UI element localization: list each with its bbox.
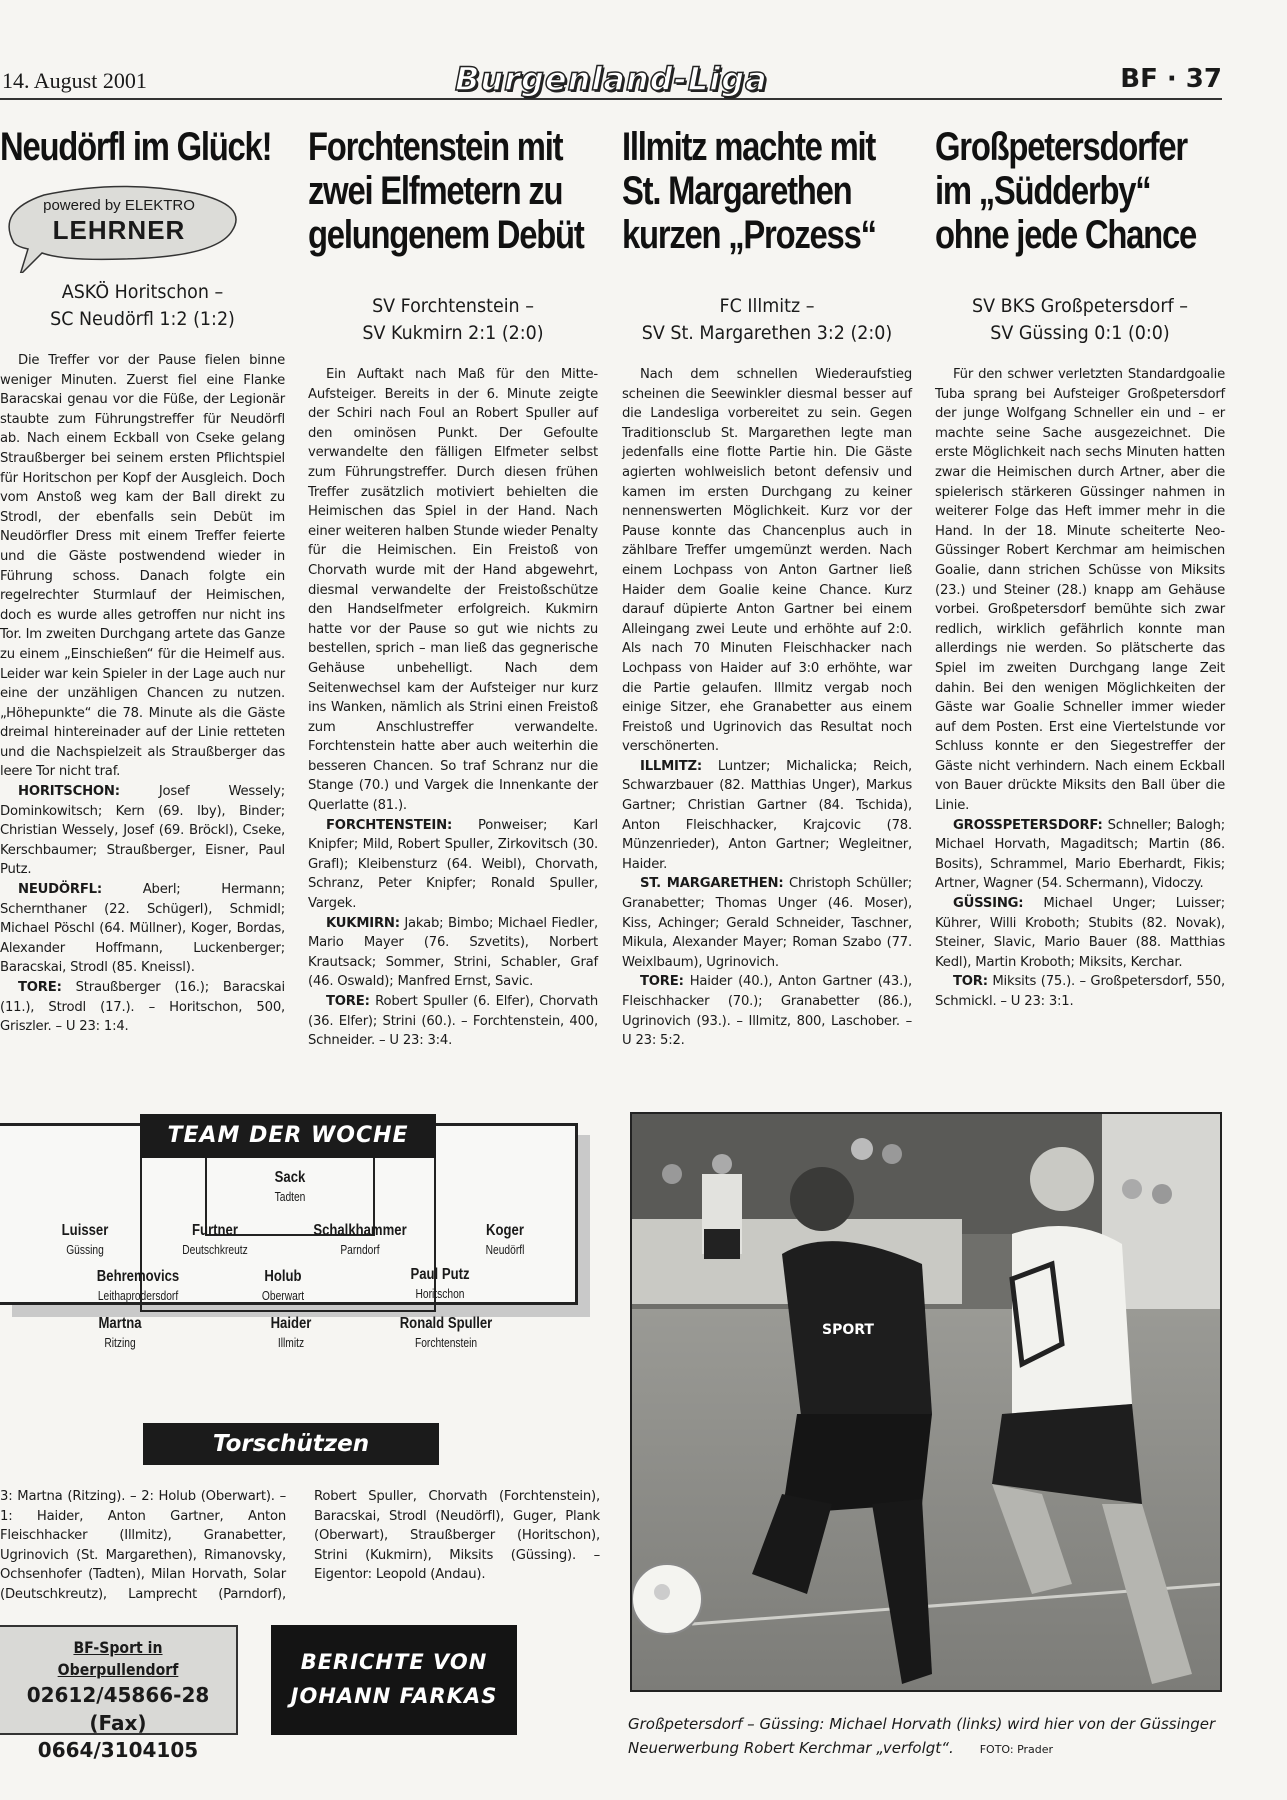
article-headline: Forchtenstein mit zwei Elfmetern zu gelu… <box>308 125 598 257</box>
lineup-home: GROSSPETERSDORF: Schneller; Balogh; Mich… <box>935 816 1225 894</box>
goals-line: TORE: Straußberger (16.); Baracskai (11.… <box>0 978 285 1037</box>
article-body: Nach dem schnellen Wiederaufstieg schein… <box>622 365 912 1051</box>
article-body: Für den schwer verletzten Standardgoalie… <box>935 365 1225 1012</box>
page-number: BF · 37 <box>1120 64 1222 94</box>
match-result: SV BKS Großpetersdorf – SV Güssing 0:1 (… <box>947 293 1214 347</box>
goals-line: TORE: Robert Spuller (6. Elfer), Chorvat… <box>308 992 598 1051</box>
svg-text:SPORT: SPORT <box>822 1322 874 1338</box>
article-body: Die Treffer vor der Pause fielen binne w… <box>0 351 285 1037</box>
player-forward: Haider Illmitz <box>266 1314 316 1352</box>
team-of-week-title: TEAM DER WOCHE <box>140 1114 436 1158</box>
article-grosspetersdorf: Großpetersdorfer im „Südderby“ ohne jede… <box>935 125 1225 1012</box>
lineup-home: ILLMITZ: Luntzer; Michalicka; Reich, Sch… <box>622 757 912 875</box>
article-headline: Neudörfl im Glück! <box>0 125 285 169</box>
article-illmitz: Illmitz machte mit St. Margarethen kurze… <box>622 125 912 1051</box>
article-headline: Illmitz machte mit St. Margarethen kurze… <box>622 125 912 257</box>
author-byline: BERICHTE VON JOHANN FARKAS <box>271 1625 517 1735</box>
lineup-home: FORCHTENSTEIN: Ponweiser; Karl Knipfer; … <box>308 816 598 914</box>
article-body: Ein Auftakt nach Maß für den Mitte-Aufst… <box>308 365 598 1051</box>
sponsor-line1: powered by ELEKTRO <box>4 197 234 214</box>
player-midfielder: Holub Oberwart <box>257 1267 308 1305</box>
player-goalkeeper: Sack Tadten <box>271 1168 309 1206</box>
article-paragraph: Nach dem schnellen Wiederaufstieg schein… <box>622 365 912 757</box>
player-forward: Martna Ritzing <box>94 1314 146 1352</box>
lineup-away: ST. MARGARETHEN: Christoph Schüller; Gra… <box>622 874 912 972</box>
player-midfielder: Paul Putz Horitschon <box>404 1265 476 1303</box>
article-neudoerfl: Neudörfl im Glück! powered by ELEKTRO LE… <box>0 125 285 1037</box>
player-defender: Koger Neudörfl <box>481 1221 528 1259</box>
section-title: Burgenland-Liga <box>455 60 768 98</box>
article-paragraph: Ein Auftakt nach Maß für den Mitte-Aufst… <box>308 365 598 816</box>
player-defender: Furtner Deutschkreutz <box>175 1221 255 1259</box>
team-of-the-week: TEAM DER WOCHE Sack Tadten Luisser Güssi… <box>0 1123 578 1305</box>
issue-date: 14. August 2001 <box>2 68 147 94</box>
sponsor-line2: LEHRNER <box>4 215 234 246</box>
top-scorers-list: 3: Martna (Ritzing). – 2: Holub (Oberwar… <box>0 1487 600 1637</box>
player-forward: Ronald Spuller Forchtenstein <box>390 1314 503 1352</box>
match-result: ASKÖ Horitschon – SC Neudörfl 1:2 (1:2) <box>11 279 273 333</box>
article-forchtenstein: Forchtenstein mit zwei Elfmetern zu gelu… <box>308 125 598 1051</box>
goals-line: TOR: Miksits (75.). – Großpetersdorf, 55… <box>935 972 1225 1011</box>
lineup-away: KUKMIRN: Jakab; Bimbo; Michael Fiedler, … <box>308 914 598 992</box>
article-paragraph: Für den schwer verletzten Standardgoalie… <box>935 365 1225 816</box>
contact-box: BF-Sport in Oberpullendorf 02612/45866-2… <box>0 1625 238 1735</box>
lineup-away: NEUDÖRFL: Aberl; Hermann; Schernthaner (… <box>0 880 285 978</box>
contact-title: BF-Sport in Oberpullendorf <box>14 1637 222 1681</box>
photo-caption: Großpetersdorf – Güssing: Michael Horvat… <box>628 1712 1228 1762</box>
sponsor-bubble: powered by ELEKTRO LEHRNER <box>4 183 269 271</box>
player-defender: Luisser Güssing <box>57 1221 114 1259</box>
lineup-away: GÜSSING: Michael Unger; Luisser; Kührer,… <box>935 894 1225 972</box>
match-result: SV Forchtenstein – SV Kukmirn 2:1 (2:0) <box>320 293 587 347</box>
match-photo: SPORT <box>630 1112 1222 1692</box>
article-paragraph: Die Treffer vor der Pause fielen binne w… <box>0 351 285 782</box>
article-headline: Großpetersdorfer im „Südderby“ ohne jede… <box>935 125 1225 257</box>
contact-fax: 02612/45866-28 (Fax) <box>0 1681 236 1737</box>
match-result: FC Illmitz – SV St. Margarethen 3:2 (2:0… <box>634 293 901 347</box>
lineup-home: HORITSCHON: Josef Wessely; Dominkowitsch… <box>0 782 285 880</box>
top-scorers-title: Torschützen <box>143 1423 439 1465</box>
player-defender: Schalkhammer Parndorf <box>303 1221 417 1259</box>
goals-line: TORE: Haider (40.), Anton Gartner (43.),… <box>622 972 912 1050</box>
contact-phone: 0664/3104105 <box>0 1737 236 1763</box>
player-midfielder: Behremovics Leithaprodersdorf <box>88 1267 189 1305</box>
page-header: 14. August 2001 Burgenland-Liga BF · 37 <box>0 60 1222 100</box>
football-players-image: SPORT <box>632 1114 1222 1692</box>
photo-credit: FOTO: Prader <box>980 1743 1053 1756</box>
